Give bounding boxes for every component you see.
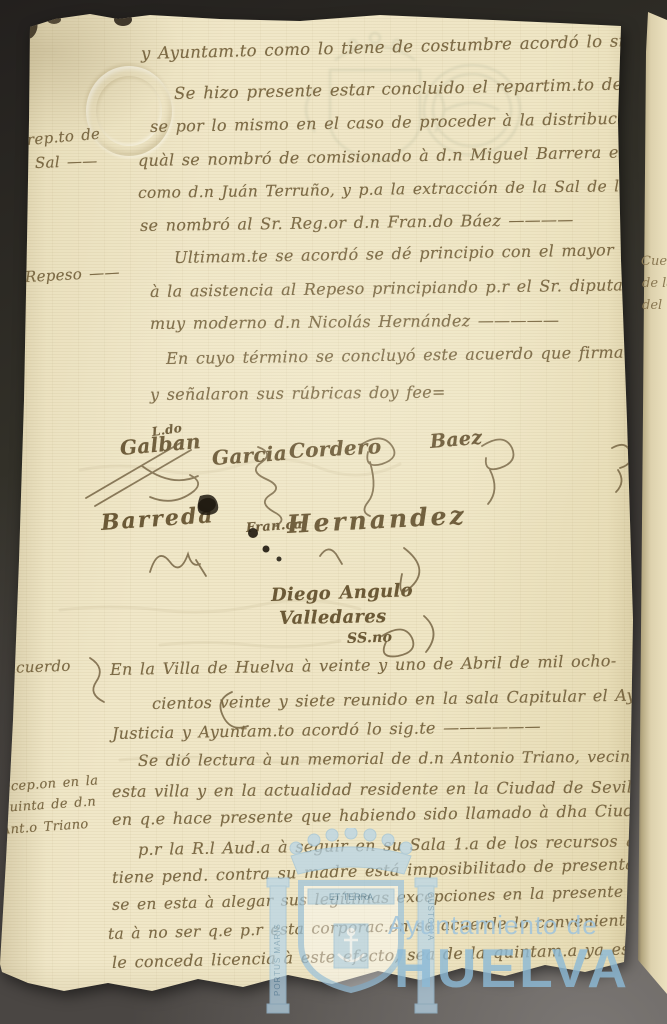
manuscript-line: En la Villa de Huelva à veinte y uno de … bbox=[110, 651, 617, 679]
second-page-text-scrap: del bbox=[642, 298, 662, 313]
manuscript-line: Ultimam.te se acordó se dé principio con… bbox=[174, 239, 667, 267]
ink-stain bbox=[21, 17, 40, 41]
second-page-text-scrap: de la bbox=[642, 276, 667, 291]
ink-stain bbox=[17, 48, 27, 63]
margin-note-reparto: rep.to de bbox=[26, 125, 101, 149]
manuscript-line: Justicia y Ayuntam.to acordó lo sig.te —… bbox=[112, 717, 541, 743]
signature-garcia: Garcia bbox=[211, 441, 288, 470]
manuscript-line: Se dió lectura à un memorial de d.n Anto… bbox=[138, 747, 667, 770]
signature-galban: Galban bbox=[119, 429, 202, 460]
margin-note-excepcion-3: Ant.o Triano bbox=[0, 817, 89, 838]
manuscript-line: ta à no ser q.e p.r esta corporac.on se … bbox=[108, 910, 667, 943]
manuscript-line: y señalaron sus rúbricas doy fee= bbox=[150, 382, 446, 404]
manuscript-line: como d.n Juán Terruño, y p.a la extracci… bbox=[138, 176, 667, 202]
signature-diego-angulo: Diego Angulo bbox=[271, 580, 414, 606]
signature-baez: Baez bbox=[429, 426, 483, 452]
manuscript-line: tiene pend. contra su madre está imposib… bbox=[112, 854, 649, 887]
manuscript-line: se en esta à alegar sus legítimas excepc… bbox=[112, 881, 667, 914]
signature-valledares: Valledares bbox=[279, 606, 387, 629]
margin-note-excepcion-2: quinta de d.n bbox=[0, 794, 96, 816]
ink-stain bbox=[114, 13, 132, 26]
margin-note-excepcion-1: ecep.on en la bbox=[2, 773, 98, 795]
margin-note-repeso: Repeso —— bbox=[25, 263, 121, 286]
signature-escribano: SS.no bbox=[347, 629, 393, 647]
margin-note-acuerdo: Acuerdo bbox=[5, 657, 71, 677]
signature-cordero: Cordero bbox=[288, 434, 382, 463]
ink-stain bbox=[0, 104, 7, 140]
signature-hernandez: Hernandez bbox=[286, 501, 467, 539]
manuscript-line: à la asistencia al Repeso principiando p… bbox=[150, 275, 644, 301]
second-page-text-scrap: Cuen bbox=[641, 254, 667, 269]
manuscript-line: Se hizo presente estar concluido el repa… bbox=[174, 74, 667, 103]
ink-stain bbox=[47, 15, 61, 24]
manuscript-line: p.r la R.l Aud.a à seguir en su Sala 1.a… bbox=[138, 831, 651, 859]
manuscript-main-page: y Ayuntam.to como lo tiene de costumbre … bbox=[0, 0, 667, 1024]
manuscript-line: se nombró al Sr. Reg.or d.n Fran.do Báez… bbox=[140, 210, 574, 235]
manuscript-line: y Ayuntam.to como lo tiene de costumbre … bbox=[141, 30, 667, 63]
archive-photo-background: { "colors":{ "background":"#3f3b38", "pa… bbox=[0, 0, 667, 1024]
manuscript-line: cientos veinte y siete reunido en la sal… bbox=[152, 685, 663, 713]
margin-note-sal: Sal —— bbox=[35, 152, 98, 172]
manuscript-line: En cuyo término se concluyó este acuerdo… bbox=[166, 342, 653, 368]
signature-barreda: Barreda bbox=[100, 502, 215, 536]
manuscript-line: esta villa y en la actualidad residente … bbox=[112, 777, 648, 801]
manuscript-line: le conceda licencia à este efecto, sea d… bbox=[112, 939, 630, 972]
manuscript-page-wrap: y Ayuntam.to como lo tiene de costumbre … bbox=[0, 0, 667, 1024]
manuscript-line: quàl se nombró de comisionado à d.n Migu… bbox=[138, 141, 667, 170]
manuscript-line: en q.e hace presente que habiendo sido l… bbox=[112, 801, 655, 829]
manuscript-line: muy moderno d.n Nicolás Hernández ————— bbox=[150, 310, 559, 333]
manuscript-line: se por lo mismo en el caso de proceder à… bbox=[150, 108, 667, 136]
